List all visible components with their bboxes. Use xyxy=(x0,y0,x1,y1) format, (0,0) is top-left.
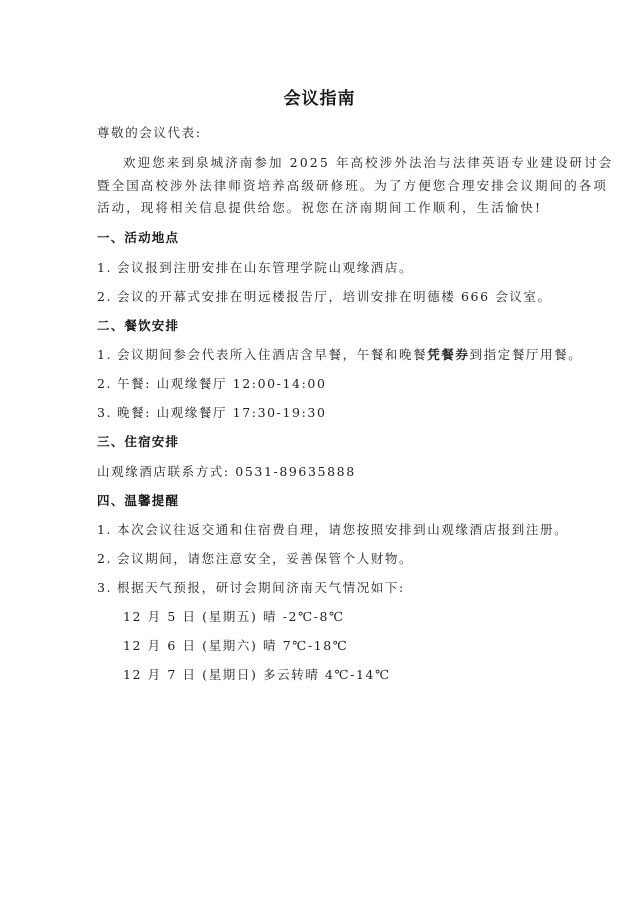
weather-temp: -2℃-8℃ xyxy=(283,609,345,624)
reminder-item-1: 1.本次会议往返交通和住宿费自理，请您按照安排到山观缘酒店报到注册。 xyxy=(97,522,568,538)
item-text: 午餐: 山观缘餐厅 12:00-14:00 xyxy=(117,376,327,391)
document-title: 会议指南 xyxy=(97,84,542,109)
item-number: 2. xyxy=(97,551,117,567)
venue-item-2: 2.会议的开幕式安排在明远楼报告厅，培训安排在明德楼 666 会议室。 xyxy=(97,289,552,305)
weather-temp: 7℃-18℃ xyxy=(283,638,349,653)
section-heading-lodging: 三、住宿安排 xyxy=(97,434,179,450)
dining-item-1: 1.会议期间参会代表所入住酒店含早餐，午餐和晚餐凭餐券到指定餐厅用餐。 xyxy=(97,347,582,363)
intro-line-1: 欢迎您来到泉城济南参加 2025 年高校涉外法治与法律英语专业建设研讨会 xyxy=(123,155,613,171)
weather-weekday: (星期六) xyxy=(202,638,257,653)
item-text: 会议期间，请您注意安全，妥善保管个人财物。 xyxy=(117,551,413,566)
weather-condition: 晴 xyxy=(263,609,277,624)
item-text: 会议报到注册安排在山东管理学院山观缘酒店。 xyxy=(117,260,413,275)
dining-item-2: 2.午餐: 山观缘餐厅 12:00-14:00 xyxy=(97,376,327,392)
intro-line-3: 活动，现将相关信息提供给您。祝您在济南期间工作顺利，生活愉快! xyxy=(97,200,542,216)
dining-item-3: 3.晚餐: 山观缘餐厅 17:30-19:30 xyxy=(97,405,327,421)
item-text: 会议的开幕式安排在明远楼报告厅，培训安排在明德楼 666 会议室。 xyxy=(117,289,552,304)
weather-weekday: (星期日) xyxy=(202,667,257,682)
weather-condition: 多云转晴 xyxy=(263,667,319,682)
item-number: 3. xyxy=(97,580,117,596)
item-number: 2. xyxy=(97,289,117,305)
item-number: 1. xyxy=(97,522,117,538)
weather-condition: 晴 xyxy=(263,638,277,653)
section-heading-dining: 二、餐饮安排 xyxy=(97,318,179,334)
item-number: 3. xyxy=(97,405,117,421)
meal-voucher-text: 凭餐券 xyxy=(427,347,469,362)
section-heading-reminders: 四、温馨提醒 xyxy=(97,493,179,509)
item-text: 到指定餐厅用餐。 xyxy=(470,347,583,362)
weather-weekday: (星期五) xyxy=(202,609,257,624)
item-text: 会议期间参会代表所入住酒店含早餐，午餐和晚餐 xyxy=(117,347,427,362)
salutation: 尊敬的会议代表: xyxy=(97,125,202,141)
weather-date: 12 月 5 日 xyxy=(123,609,197,624)
weather-row-dec7: 12 月 7 日 (星期日) 多云转晴 4℃-14℃ xyxy=(123,667,391,683)
item-number: 2. xyxy=(97,376,117,392)
item-text: 本次会议往返交通和住宿费自理，请您按照安排到山观缘酒店报到注册。 xyxy=(117,522,568,537)
reminder-item-3: 3.根据天气预报，研讨会期间济南天气情况如下: xyxy=(97,580,405,596)
weather-date: 12 月 6 日 xyxy=(123,638,197,653)
item-text: 晚餐: 山观缘餐厅 17:30-19:30 xyxy=(117,405,327,420)
hotel-contact: 山观缘酒店联系方式: 0531-89635888 xyxy=(97,464,356,480)
item-number: 1. xyxy=(97,347,117,363)
venue-item-1: 1.会议报到注册安排在山东管理学院山观缘酒店。 xyxy=(97,260,413,276)
weather-row-dec6: 12 月 6 日 (星期六) 晴 7℃-18℃ xyxy=(123,638,348,654)
intro-line-2: 暨全国高校涉外法律师资培养高级研修班。为了方便您合理安排会议期间的各项 xyxy=(97,178,608,194)
reminder-item-2: 2.会议期间，请您注意安全，妥善保管个人财物。 xyxy=(97,551,413,567)
section-heading-venue: 一、活动地点 xyxy=(97,230,179,246)
weather-date: 12 月 7 日 xyxy=(123,667,197,682)
item-text: 根据天气预报，研讨会期间济南天气情况如下: xyxy=(117,580,405,595)
weather-row-dec5: 12 月 5 日 (星期五) 晴 -2℃-8℃ xyxy=(123,609,345,625)
item-number: 1. xyxy=(97,260,117,276)
weather-temp: 4℃-14℃ xyxy=(325,667,391,682)
